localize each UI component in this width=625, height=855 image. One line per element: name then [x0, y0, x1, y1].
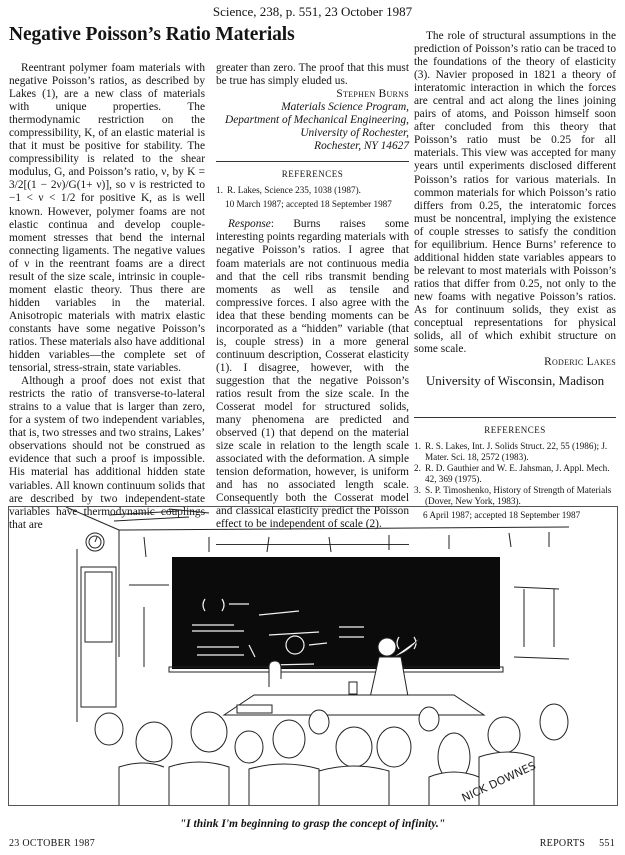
response-author-name: Roderic Lakes: [414, 356, 616, 369]
running-head: Science, 238, p. 551, 23 October 1987: [0, 4, 625, 20]
references-heading: REFERENCES: [216, 168, 409, 181]
page-number: 551: [599, 838, 615, 849]
reference-item: 2.R. D. Gauthier and W. E. Jahsman, J. A…: [414, 463, 616, 485]
letter-affiliation-line: Materials Science Program,: [216, 101, 409, 114]
response-paragraph-1: Response: Burns raises some interesting …: [216, 218, 409, 531]
lecture-hall-drawing-icon: NICK DOWNES: [9, 507, 618, 806]
reference-item: 3.S. P. Timoshenko, History of Strength …: [414, 485, 616, 507]
footer-section-label: REPORTS: [540, 838, 585, 849]
reference-item: 1.R. Lakes, Science 235, 1038 (1987).: [216, 185, 409, 196]
cartoon-caption: "I think I'm beginning to grasp the conc…: [0, 818, 625, 830]
divider: [216, 161, 409, 162]
letter-affiliation-line: Department of Mechanical Engineering,: [216, 114, 409, 127]
footer-section: REPORTS551: [540, 838, 615, 849]
article-title: Negative Poisson’s Ratio Materials: [9, 24, 295, 46]
letter-received-date: 10 March 1987; accepted 18 September 198…: [216, 198, 409, 210]
column-2: greater than zero. The proof that this m…: [216, 62, 409, 551]
cartoon-illustration: NICK DOWNES: [8, 506, 618, 806]
letter-affiliation-line: Rochester, NY 14627: [216, 140, 409, 153]
column-1: Reentrant polymer foam materials with ne…: [9, 62, 205, 532]
footer-date: 23 OCTOBER 1987: [9, 838, 95, 849]
column-3: The role of structural assumptions in th…: [414, 30, 616, 521]
reference-item: 1.R. S. Lakes, Int. J. Solids Struct. 22…: [414, 441, 616, 463]
letter-paragraph-1: Reentrant polymer foam materials with ne…: [9, 62, 205, 375]
response-paragraph-2: The role of structural assumptions in th…: [414, 30, 616, 356]
response-references: 1.R. S. Lakes, Int. J. Solids Struct. 22…: [414, 441, 616, 507]
letter-signature: Stephen Burns Materials Science Program,…: [216, 88, 409, 153]
response-lead: Response: [228, 218, 271, 230]
response-affiliation: University of Wisconsin, Madison: [414, 374, 616, 387]
letter-paragraph-3: greater than zero. The proof that this m…: [216, 62, 409, 88]
letter-author-name: Stephen Burns: [216, 88, 409, 101]
references-heading: REFERENCES: [414, 424, 616, 437]
letter-references: 1.R. Lakes, Science 235, 1038 (1987).: [216, 185, 409, 196]
response-signature: Roderic Lakes: [414, 356, 616, 369]
letter-affiliation-line: University of Rochester,: [216, 127, 409, 140]
divider: [414, 417, 616, 418]
